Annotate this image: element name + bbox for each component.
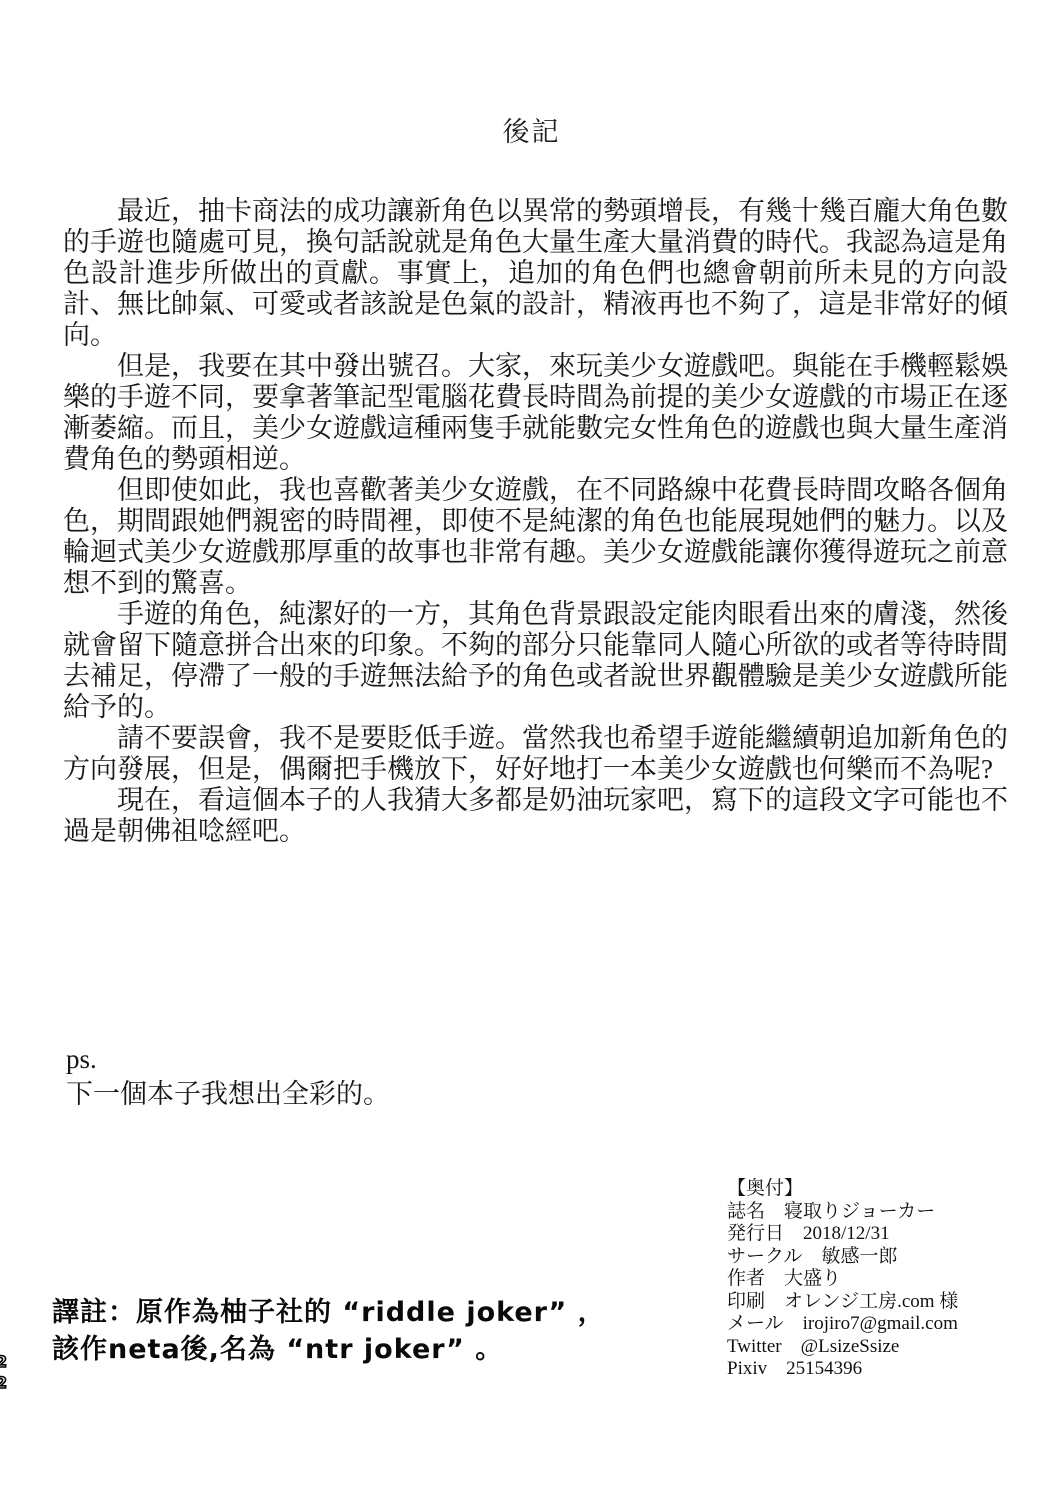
colophon-label: 印刷 xyxy=(727,1291,765,1314)
colophon-value: 大盛り xyxy=(784,1268,841,1289)
colophon-value: 敏感一郎 xyxy=(821,1246,897,1267)
afterword-body: 最近，抽卡商法的成功讓新角色以異常的勢頭增長，有幾十幾百龐大角色數的手遊也隨處可… xyxy=(63,196,1008,847)
paragraph: 但是，我要在其中發出號召。大家，來玩美少女遊戲吧。與能在手機輕鬆娛樂的手遊不同，… xyxy=(63,351,1008,475)
colophon-label: Pixiv xyxy=(727,1358,767,1381)
page-number: 22 xyxy=(0,1352,9,1394)
colophon-row-printer: 印刷オレンジ工房.com 様 xyxy=(727,1291,958,1314)
colophon-row-twitter: Twitter@LsizeSsize xyxy=(727,1336,958,1359)
translator-note: 譯註：原作為柚子社的 “riddle joker” ， 該作neta後,名為 “… xyxy=(52,1294,606,1368)
page-title: 後記 xyxy=(0,110,1063,149)
colophon-row-email: メールirojiro7@gmail.com xyxy=(727,1313,958,1336)
colophon: 【奥付】 誌名寝取りジョーカー 発行日2018/12/31 サークル敏感一郎 作… xyxy=(727,1178,958,1381)
colophon-row-author: 作者大盛り xyxy=(727,1268,958,1291)
colophon-value: 寝取りジョーカー xyxy=(784,1201,935,1222)
paragraph: 但即使如此，我也喜歡著美少女遊戲，在不同路線中花費長時間攻略各個角色，期間跟她們… xyxy=(63,475,1008,599)
colophon-row-circle: サークル敏感一郎 xyxy=(727,1246,958,1269)
colophon-label: 作者 xyxy=(727,1268,765,1291)
afterword-page: 後記 最近，抽卡商法的成功讓新角色以異常的勢頭增長，有幾十幾百龐大角色數的手遊也… xyxy=(0,0,1063,1500)
postscript: ps. 下一個本子我想出全彩的。 xyxy=(66,1042,390,1112)
colophon-value: 2018/12/31 xyxy=(803,1223,890,1244)
colophon-label: Twitter xyxy=(727,1336,782,1359)
postscript-label: ps. xyxy=(66,1042,390,1077)
paragraph: 手遊的角色，純潔好的一方，其角色背景跟設定能肉眼看出來的膚淺，然後就會留下隨意拼… xyxy=(63,599,1008,723)
colophon-row-pixiv: Pixiv25154396 xyxy=(727,1358,958,1381)
colophon-row-date: 発行日2018/12/31 xyxy=(727,1223,958,1246)
paragraph: 請不要誤會，我不是要貶低手遊。當然我也希望手遊能繼續朝追加新角色的方向發展，但是… xyxy=(63,723,1008,785)
colophon-row-title: 誌名寝取りジョーカー xyxy=(727,1201,958,1224)
colophon-value: irojiro7@gmail.com xyxy=(803,1313,958,1334)
colophon-label: 発行日 xyxy=(727,1223,784,1246)
colophon-value: @LsizeSsize xyxy=(801,1336,900,1357)
translator-note-line1: 譯註：原作為柚子社的 “riddle joker” ， xyxy=(52,1294,606,1331)
postscript-text: 下一個本子我想出全彩的。 xyxy=(66,1079,390,1109)
colophon-header: 【奥付】 xyxy=(727,1178,958,1201)
colophon-value: オレンジ工房.com 様 xyxy=(784,1291,958,1312)
colophon-value: 25154396 xyxy=(786,1358,862,1379)
colophon-label: 誌名 xyxy=(727,1201,765,1224)
colophon-label: サークル xyxy=(727,1246,802,1269)
paragraph: 最近，抽卡商法的成功讓新角色以異常的勢頭增長，有幾十幾百龐大角色數的手遊也隨處可… xyxy=(63,196,1008,351)
translator-note-line2: 該作neta後,名為 “ntr joker” 。 xyxy=(52,1331,606,1368)
paragraph: 現在，看這個本子的人我猜大多都是奶油玩家吧，寫下的這段文字可能也不過是朝佛祖唸經… xyxy=(63,785,1008,847)
colophon-label: メール xyxy=(727,1313,784,1336)
